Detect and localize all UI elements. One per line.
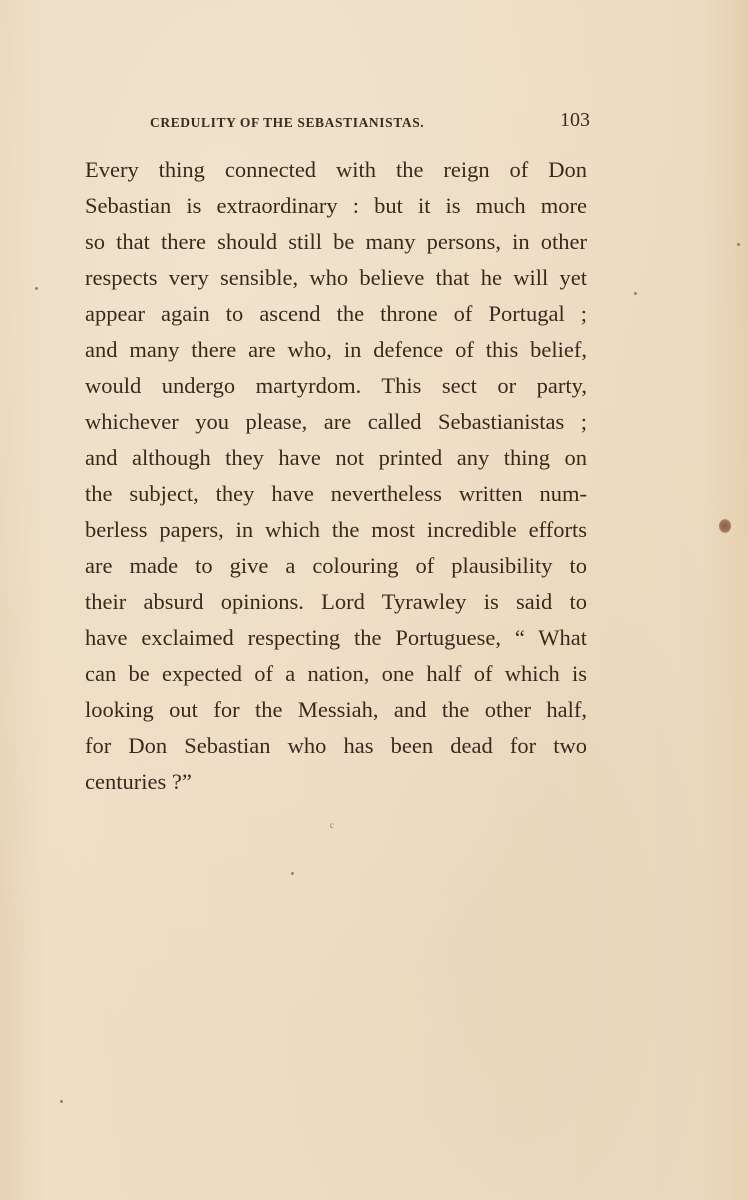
text-line: looking out for the Messiah, and the oth… xyxy=(85,692,587,728)
foxing-spot xyxy=(60,1100,63,1103)
body-paragraph: Every thing connected with the reign of … xyxy=(85,152,587,800)
text-line: berless papers, in which the most incred… xyxy=(85,512,587,548)
text-line: are made to give a colouring of plausibi… xyxy=(85,548,587,584)
text-line: Sebastian is extraordinary : but it is m… xyxy=(85,188,587,224)
text-line: for Don Sebastian who has been dead for … xyxy=(85,728,587,764)
foxing-spot xyxy=(719,519,731,533)
text-line: their absurd opinions. Lord Tyrawley is … xyxy=(85,584,587,620)
text-line: would undergo martyrdom. This sect or pa… xyxy=(85,368,587,404)
text-line: have exclaimed respecting the Portuguese… xyxy=(85,620,587,656)
book-page: CREDULITY OF THE SEBASTIANISTAS. 103 Eve… xyxy=(0,0,748,1200)
foxing-spot xyxy=(35,287,38,290)
text-line: respects very sensible, who believe that… xyxy=(85,260,587,296)
printer-mark: c xyxy=(330,820,334,830)
page-number: 103 xyxy=(560,109,590,132)
text-line: whichever you please, are called Sebasti… xyxy=(85,404,587,440)
text-line: the subject, they have nevertheless writ… xyxy=(85,476,587,512)
foxing-spot xyxy=(291,872,294,875)
text-line: and many there are who, in defence of th… xyxy=(85,332,587,368)
foxing-spot xyxy=(737,243,740,246)
running-title: CREDULITY OF THE SEBASTIANISTAS. xyxy=(150,115,424,131)
foxing-spot xyxy=(634,292,637,295)
text-line: so that there should still be many perso… xyxy=(85,224,587,260)
text-line: centuries ?” xyxy=(85,764,587,800)
text-line: and although they have not printed any t… xyxy=(85,440,587,476)
text-line: appear again to ascend the throne of Por… xyxy=(85,296,587,332)
running-head: CREDULITY OF THE SEBASTIANISTAS. 103 xyxy=(150,109,596,133)
text-line: Every thing connected with the reign of … xyxy=(85,152,587,188)
text-line: can be expected of a nation, one half of… xyxy=(85,656,587,692)
